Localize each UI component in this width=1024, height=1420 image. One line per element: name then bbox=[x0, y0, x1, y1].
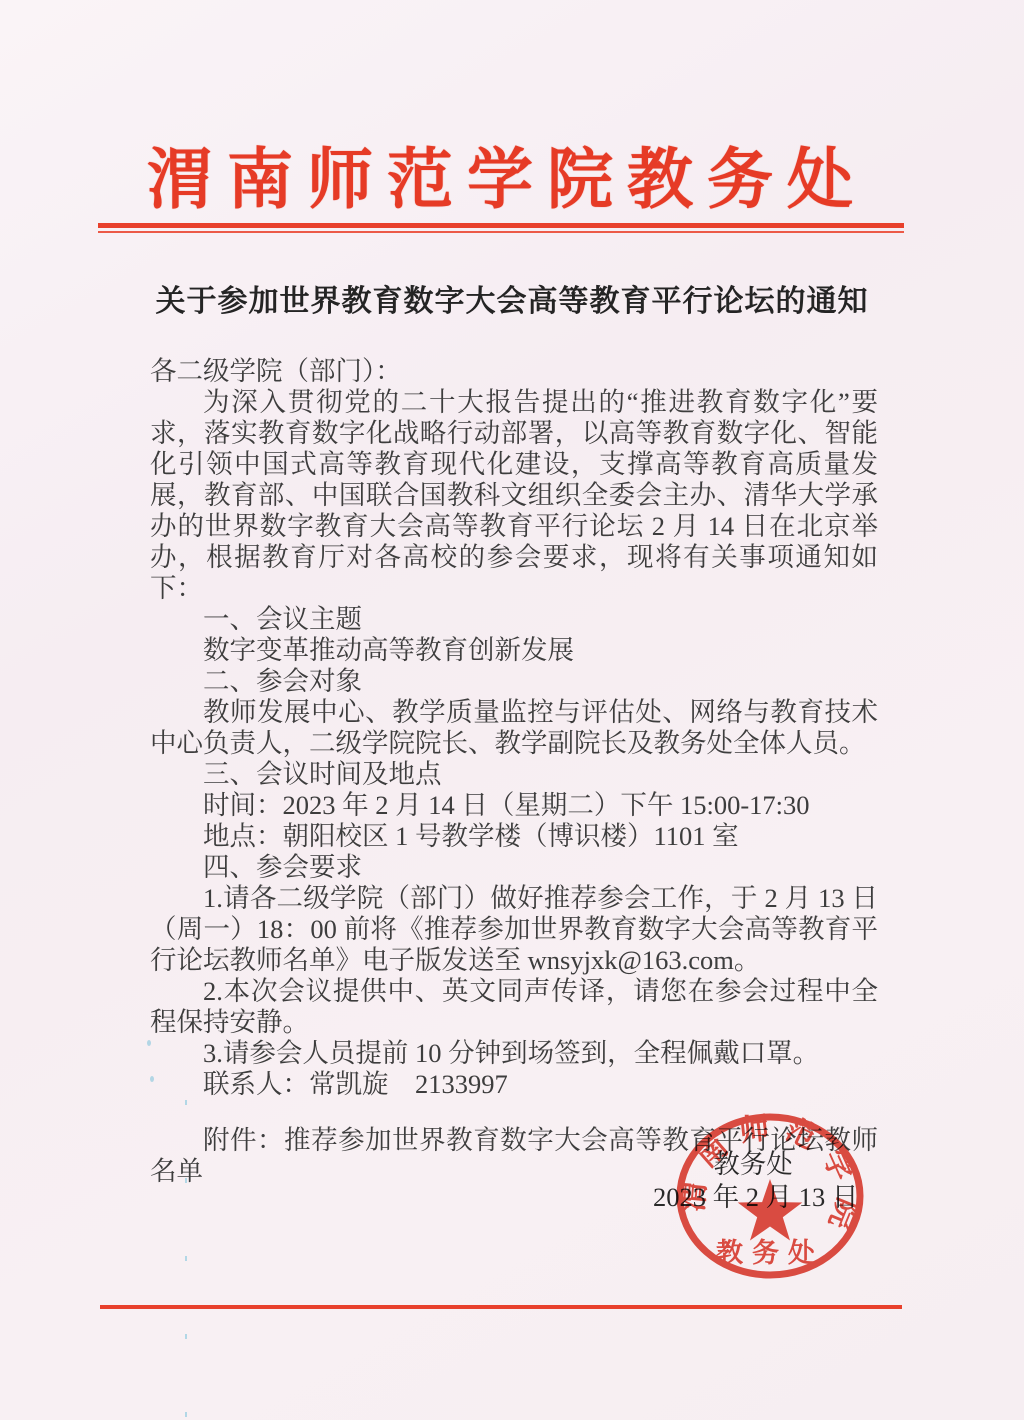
section1-heading: 一、会议主题 bbox=[150, 604, 878, 635]
section1-body: 数字变革推动高等教育创新发展 bbox=[150, 635, 878, 666]
section2-body: 教师发展中心、教学质量监控与评估处、网络与教育技术中心负责人，二级学院院长、教学… bbox=[150, 697, 878, 759]
official-seal: 渭南师范学院 教务处 bbox=[670, 1104, 870, 1286]
footer-rule bbox=[100, 1305, 902, 1309]
salutation: 各二级学院（部门）： bbox=[150, 356, 878, 387]
notice-body: 各二级学院（部门）： 为深入贯彻党的二十大报告提出的“推进教育数字化”要求，落实… bbox=[150, 356, 878, 1187]
section4-item3: 3.请参会人员提前 10 分钟到场签到，全程佩戴口罩。 bbox=[150, 1038, 878, 1069]
seal-bottom-text: 教务处 bbox=[716, 1238, 824, 1268]
notice-title: 关于参加世界教育数字大会高等教育平行论坛的通知 bbox=[0, 276, 1024, 320]
section3-heading: 三、会议时间及地点 bbox=[150, 759, 878, 790]
scanned-notice-page: 渭南师范学院教务处 关于参加世界教育数字大会高等教育平行论坛的通知 各二级学院（… bbox=[0, 0, 1024, 1420]
section4-item1: 1.请各二级学院（部门）做好推荐参会工作，于 2 月 13 日（周一）18：00… bbox=[150, 883, 878, 976]
section3-time: 时间：2023 年 2 月 14 日（星期二）下午 15:00-17:30 bbox=[150, 790, 878, 821]
contact-line: 联系人：常凯旋 2133997 bbox=[150, 1069, 878, 1100]
letterhead-rule-thick bbox=[98, 223, 904, 228]
section4-item2: 2.本次会议提供中、英文同声传译，请您在参会过程中全程保持安静。 bbox=[150, 976, 878, 1038]
seal-star-icon bbox=[738, 1179, 803, 1241]
letterhead-rule-thin bbox=[98, 231, 904, 233]
section3-place: 地点：朝阳校区 1 号教学楼（博识楼）1101 室 bbox=[150, 821, 878, 852]
intro-paragraph: 为深入贯彻党的二十大报告提出的“推进教育数字化”要求，落实教育数字化战略行动部署… bbox=[150, 387, 878, 604]
section2-heading: 二、参会对象 bbox=[150, 666, 878, 697]
letterhead-title: 渭南师范学院教务处 bbox=[0, 126, 1012, 221]
section4-heading: 四、参会要求 bbox=[150, 852, 878, 883]
